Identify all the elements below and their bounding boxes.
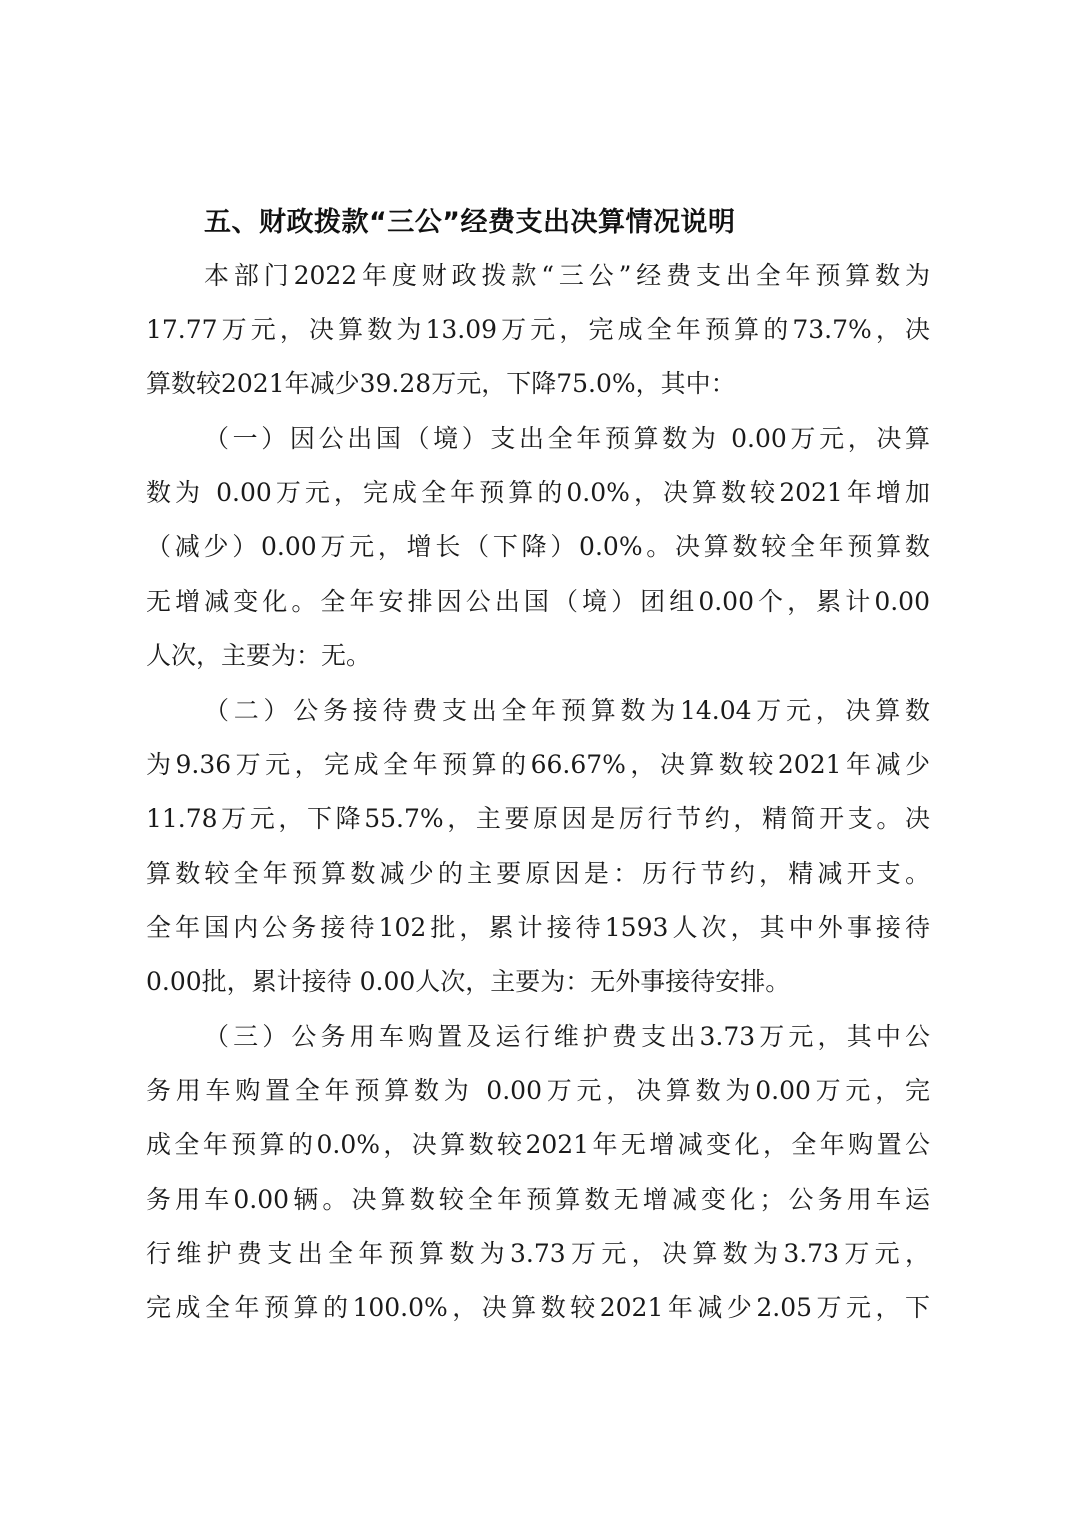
- paragraph-reception-line-2: 为9.36万元，完成全年预算的66.67%，决算数较2021年减少: [146, 747, 930, 783]
- paragraph-intro-line-3: 算数较2021年减少39.28万元，下降75.0%，其中：: [146, 366, 930, 402]
- paragraph-overseas-line-5: 人次，主要为：无。: [146, 638, 930, 674]
- paragraph-overseas-line-3: （减少）0.00万元，增长（下降）0.0%。决算数较全年预算数: [146, 529, 930, 565]
- section-heading: 五、财政拨款“三公”经费支出决算情况说明: [204, 203, 736, 243]
- paragraph-intro-line-1: 本部门2022年度财政拨款“三公”经费支出全年预算数为: [204, 258, 930, 294]
- paragraph-intro-line-2: 17.77万元，决算数为13.09万元，完成全年预算的73.7%，决: [146, 312, 930, 348]
- paragraph-reception-line-4: 算数较全年预算数减少的主要原因是：历行节约，精减开支。: [146, 856, 930, 892]
- paragraph-vehicles-line-4: 务用车0.00辆。决算数较全年预算数无增减变化；公务用车运: [146, 1182, 930, 1218]
- paragraph-reception-line-5: 全年国内公务接待102批，累计接待1593人次，其中外事接待: [146, 910, 930, 946]
- paragraph-overseas-line-1: （一）因公出国（境）支出全年预算数为 0.00万元，决算: [204, 421, 930, 457]
- paragraph-overseas-line-4: 无增减变化。全年安排因公出国（境）团组0.00个，累计0.00: [146, 584, 930, 620]
- document-page: 五、财政拨款“三公”经费支出决算情况说明 本部门2022年度财政拨款“三公”经费…: [0, 0, 1074, 1520]
- paragraph-reception-line-3: 11.78万元，下降55.7%，主要原因是厉行节约，精简开支。决: [146, 801, 930, 837]
- paragraph-vehicles-line-5: 行维护费支出全年预算数为3.73万元，决算数为3.73万元，: [146, 1236, 930, 1272]
- paragraph-vehicles-line-2: 务用车购置全年预算数为 0.00万元，决算数为0.00万元，完: [146, 1073, 930, 1109]
- paragraph-vehicles-line-1: （三）公务用车购置及运行维护费支出3.73万元，其中公: [204, 1019, 930, 1055]
- paragraph-vehicles-line-6: 完成全年预算的100.0%，决算数较2021年减少2.05万元，下: [146, 1290, 930, 1326]
- paragraph-reception-line-1: （二）公务接待费支出全年预算数为14.04万元，决算数: [204, 693, 930, 729]
- paragraph-vehicles-line-3: 成全年预算的0.0%，决算数较2021年无增减变化，全年购置公: [146, 1127, 930, 1163]
- paragraph-reception-line-6: 0.00批，累计接待 0.00人次，主要为：无外事接待安排。: [146, 964, 930, 1000]
- paragraph-overseas-line-2: 数为 0.00万元，完成全年预算的0.0%，决算数较2021年增加: [146, 475, 930, 511]
